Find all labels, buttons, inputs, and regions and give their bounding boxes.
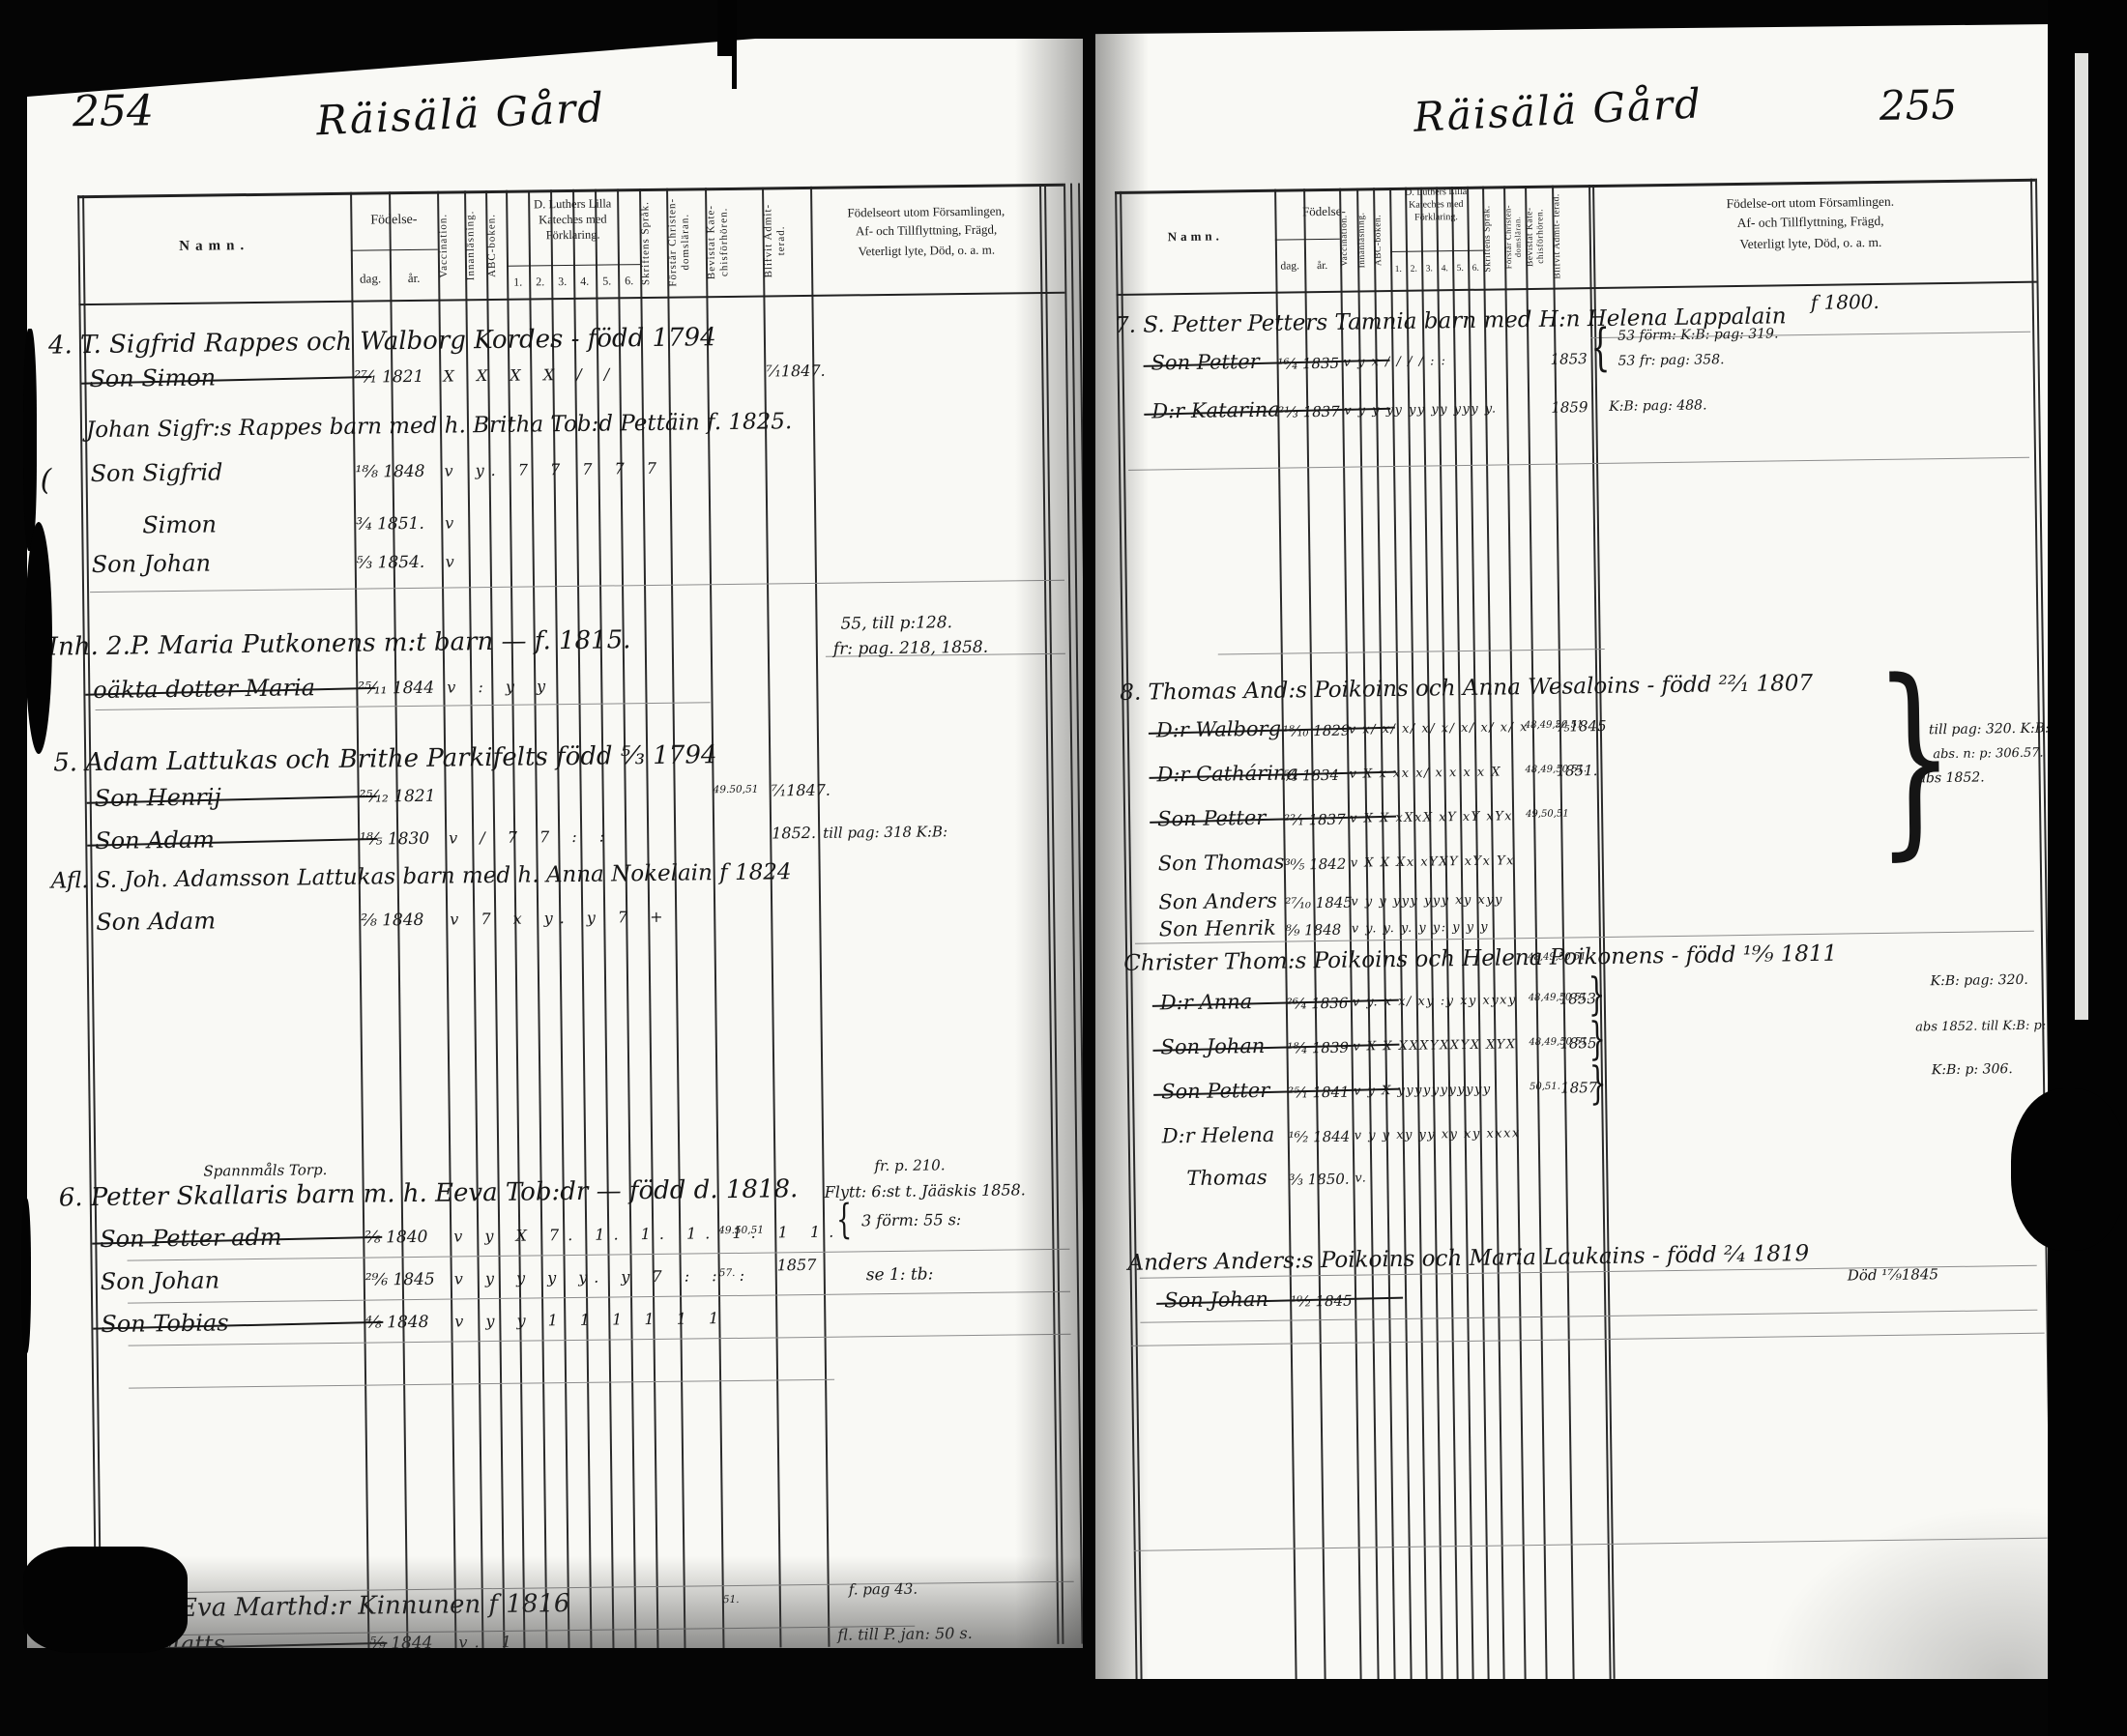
margin-note: abs 1852. xyxy=(1918,770,1985,786)
birth-date: ²⁶⁄₄ 1836 xyxy=(1287,995,1349,1013)
scan-artifact xyxy=(2011,1088,2127,1251)
register-row: oäkta dotter Maria ²⁵⁄₁₁ 1844 v : y y xyxy=(33,664,1083,717)
kateches-col-4: 4. xyxy=(573,275,596,289)
person-name: Son Tobias xyxy=(101,1309,229,1338)
left-page: 254 Räisälä Gård Namn. Födelse- dag. år.… xyxy=(27,39,1083,1648)
person-name: Inh. 2.P. Maria Putkonens m:t barn — f. … xyxy=(48,625,631,661)
person-name: Son Petter xyxy=(1151,350,1260,375)
catechism-marks: X X X X / / xyxy=(443,364,618,385)
margin-note: fl. till P. jan: 50 s. xyxy=(837,1625,973,1643)
page-number-right: 255 xyxy=(1879,81,1958,130)
birth-date: ¹⁸⁄₅ 1830 xyxy=(360,829,429,850)
birth-date: ²⁷⁄₁ 1821 xyxy=(354,367,423,388)
margin-note: f. pag 43. xyxy=(849,1581,918,1598)
column-header-ar: år. xyxy=(390,271,438,287)
catechism-marks: v y y y y. y 7 : : : xyxy=(454,1266,754,1288)
margin-note: Flytt: 6:st t. Jääskis 1858. xyxy=(825,1181,1026,1201)
person-name: Son Adam xyxy=(96,908,216,937)
birth-date: ²²⁄₁ 1837 xyxy=(1284,811,1346,829)
column-header-kateches-line3: Förklaring. xyxy=(507,227,640,244)
margin-note: 53 fr: pag: 358. xyxy=(1617,353,1724,369)
row-rule xyxy=(351,249,438,251)
person-name: 4. T. Sigfrid Rappes och Walborg Kordes … xyxy=(48,323,716,360)
scan-artifact xyxy=(23,1547,188,1653)
birth-date: ²⁵⁄₁ 1841 xyxy=(1288,1084,1350,1102)
grouping-brace: } xyxy=(1588,1018,1606,1059)
margin-note: abs. n: p: 306.57. xyxy=(1933,747,2044,763)
person-name: Son Petter adm xyxy=(100,1224,282,1253)
person-name: Son Adam xyxy=(95,826,215,855)
birth-date: ¹⁶⁄₄ 1835 xyxy=(1277,355,1339,373)
row-rule xyxy=(1131,1333,2045,1346)
person-name: Son Thomas xyxy=(1158,851,1285,876)
margin-note: 3 förm: 55 s: xyxy=(861,1211,961,1230)
person-name: Son Anders xyxy=(1158,889,1277,914)
catechism-marks: v / 7 7 : : xyxy=(449,826,613,847)
attended-years: 49.50,51 xyxy=(714,784,770,796)
column-header-kateches-line1: D. Luthers Lilla xyxy=(1389,187,1482,199)
scan-right-band xyxy=(2048,0,2127,1736)
birth-date: ⁵⁄₉ 1844 xyxy=(369,1634,432,1648)
catechism-marks: v y X 7. 1. 1. 1. 1. 1 1. xyxy=(453,1223,842,1246)
column-header-innanlasning: Innanläsning. xyxy=(1356,191,1374,288)
croft-name: Spannmåls Torp. xyxy=(203,1161,327,1180)
birth-date: ²⁷⁄₁₀ 1845 xyxy=(1285,894,1353,912)
person-name: Son Henrik xyxy=(1159,916,1276,941)
margin-note: K:B: pag: 488. xyxy=(1609,397,1706,414)
person-name: oäkta dotter Maria xyxy=(93,674,315,704)
register-row: D:r Katarina ²¹⁄₃ 1837 v y y yy yy yy yy… xyxy=(1098,387,2053,441)
margin-note: fr. p. 210. xyxy=(874,1157,945,1173)
kateches-col-1: 1. xyxy=(1390,265,1406,275)
person-name: Son Petter xyxy=(1157,806,1267,831)
person-name: Thomas xyxy=(1186,1166,1267,1190)
person-name: Son Johan xyxy=(1164,1288,1268,1313)
grouping-brace: { xyxy=(836,1201,853,1238)
birth-date: ⁸⁄₉ 1848 xyxy=(1286,921,1342,940)
catechism-marks: v xyxy=(446,552,463,570)
margin-note: 53 förm: K:B: pag: 319. xyxy=(1617,327,1778,344)
column-header-admitterad: Blifvit Admit- terad. xyxy=(762,192,811,290)
margin-note: fr: pag. 218, 1858. xyxy=(833,639,988,659)
birth-date: ³⁰⁄₅ 1842 xyxy=(1285,855,1347,874)
birth-date: ¹⁸⁄₄ 1839 xyxy=(1287,1039,1349,1057)
column-header-notes-line2: Af- och Tillflyttning, Frägd, xyxy=(812,221,1039,240)
column-header-vaccination: Vaccination. xyxy=(437,196,465,295)
column-header-dag: dag. xyxy=(351,271,390,286)
row-rule xyxy=(1128,457,2029,471)
admitted-year: ²⁄₅1845 xyxy=(1556,717,1607,736)
page-title-left: Räisälä Gård xyxy=(315,83,606,144)
catechism-marks: v X x xx x/ x x x x X xyxy=(1349,765,1501,781)
admitted-year: ⁷⁄₁1847. xyxy=(766,362,826,381)
person-name: D:r Katarina xyxy=(1151,398,1280,423)
attended-years: 57. xyxy=(719,1267,775,1279)
birth-date: ³⁄₃ 1850. xyxy=(1289,1171,1349,1189)
scan-artifact xyxy=(25,522,52,754)
catechism-marks: v y y yyy yyy xy xyy xyxy=(1351,892,1503,909)
column-header-kateches-line1: D. Luthers Lilla xyxy=(506,196,639,213)
person-name: Son Johan xyxy=(1160,1034,1265,1059)
birth-date: ¹⁸⁄₁₀ 1829 xyxy=(1283,722,1351,740)
column-header-kateches-line2: Kateches med xyxy=(506,212,639,228)
right-page: 255 Räisälä Gård Namn. Födelse- dag. år.… xyxy=(1095,24,2053,1679)
row-rule xyxy=(78,292,1064,305)
admitted-year: 1852. xyxy=(772,824,816,843)
kateches-col-5: 5. xyxy=(1452,264,1468,274)
column-header-skriftens-sprak: Skriftens Språk. xyxy=(1482,189,1504,286)
birth-date: ²⁵⁄₁₁ 1844 xyxy=(358,679,434,699)
page-number-left: 254 xyxy=(73,86,155,136)
column-header-abc-boken: ABC-boken. xyxy=(485,196,507,295)
column-header-notes-line1: Födelseort utom Församlingen, xyxy=(812,201,1039,223)
margin-note: f 1800. xyxy=(1811,291,1879,313)
birth-date: ²⁵⁄₁₂ 1821 xyxy=(360,787,436,807)
admitted-year: 1853 xyxy=(1550,350,1587,368)
catechism-marks: v X X xXxX xY xY xYx xyxy=(1350,809,1513,825)
catechism-marks: v y. x x/ xy :y xy xyxy xyxy=(1353,993,1517,1009)
person-name: Simon xyxy=(142,510,217,538)
catechism-marks: v y. y. y. y y: y y y xyxy=(1352,920,1489,937)
row-rule xyxy=(1275,239,1340,241)
kateches-col-1: 1. xyxy=(507,275,529,289)
column-header-dag: dag. xyxy=(1275,260,1304,272)
catechism-marks: v xyxy=(445,513,462,532)
attended-years: 49,50,51 xyxy=(1526,809,1588,820)
catechism-marks: v y y yy yy yy yyy y. xyxy=(1344,401,1498,418)
admitted-year: 1851. xyxy=(1556,762,1597,780)
margin-note: K:B: p: 306. xyxy=(1932,1062,2013,1079)
kateches-col-2: 2. xyxy=(529,275,551,289)
margin-note: till pag: 320. K:B: xyxy=(1929,722,2050,738)
catechism-marks: v. xyxy=(1355,1171,1367,1185)
person-name: D:r Walborg xyxy=(1156,717,1282,742)
attended-years: 48,49,50 51. xyxy=(1528,952,1589,963)
column-header-notes-line3: Veterligt lyte, Död, o. a. m. xyxy=(813,242,1040,260)
margin-note: 55, till p:128. xyxy=(840,614,952,633)
catechism-marks: v : y y xyxy=(447,677,554,696)
row-rule xyxy=(1134,1538,2048,1551)
catechism-marks: v y y 1 1 1 1 1 1 xyxy=(454,1309,727,1330)
column-header-fodelse: Födelse- xyxy=(350,213,437,229)
column-header-bevistat: Bevistat Kate- chisförhören. xyxy=(1525,189,1553,284)
margin-mark: ( xyxy=(40,465,51,497)
catechism-marks: v y x / / / / : : xyxy=(1343,354,1446,369)
column-header-notes-line3: Veterligt lyte, Död, o. a. m. xyxy=(1593,233,2028,254)
kateches-col-3: 3. xyxy=(1421,264,1437,274)
person-name: Son Petter xyxy=(1161,1079,1270,1104)
kateches-col-5: 5. xyxy=(596,274,618,288)
column-header-namn: Namn. xyxy=(78,237,351,256)
catechism-marks: v y X yyyyyyyyyyy xyxy=(1354,1083,1492,1099)
column-header-innanlasning: Innanläsning. xyxy=(464,196,486,295)
person-name: Son Henrij xyxy=(95,783,221,812)
birth-date: ⁴⁄₈ 1848 xyxy=(365,1313,428,1333)
person-name: Son Sigfrid xyxy=(90,458,222,487)
margin-note: K:B: pag: 320. xyxy=(1930,973,2027,990)
column-header-kateches-line2: Kateches med xyxy=(1389,199,1482,211)
margin-note: abs 1852. till K:B: p: 306. xyxy=(1915,1019,2053,1035)
birth-date: ²¹⁄₃ 1837 xyxy=(1278,403,1340,421)
person-name: Son Simon xyxy=(89,363,216,392)
column-header-admitterad: Blifvit Admit- terad. xyxy=(1552,188,1589,284)
birth-date: ²⁹⁄₆ 1845 xyxy=(365,1270,435,1290)
catechism-marks: v. 1 xyxy=(458,1633,520,1648)
grouping-brace: } xyxy=(1588,973,1605,1015)
row-rule xyxy=(129,1379,834,1389)
person-name: 5. Adam Lattukas och Brithe Parkifelts f… xyxy=(53,740,717,777)
scan-artifact xyxy=(732,0,737,89)
column-header-forstar: Förstår Christen- domsläran. xyxy=(666,193,706,290)
table-grid-right xyxy=(1095,24,2051,37)
catechism-marks: v X X XXXYXXYX XYX xyxy=(1353,1037,1516,1054)
grouping-brace: } xyxy=(1589,1062,1607,1104)
person-name: Johan Sigfr:s Rappes barn med h. Britha … xyxy=(86,409,792,443)
catechism-marks: v y. 7 7 7 7 7 xyxy=(444,459,665,480)
row-rule xyxy=(77,184,1063,198)
scan-artifact xyxy=(23,329,37,551)
page-title-right: Räisälä Gård xyxy=(1413,79,1704,141)
birth-date: ¹⁶⁄₂ 1844 xyxy=(1289,1128,1351,1146)
birth-date: ¹⁰⁄₂ 1845 xyxy=(1291,1292,1353,1311)
scan-artifact xyxy=(21,1199,31,1353)
column-header-ar: år. xyxy=(1304,260,1340,273)
margin-note: till pag: 318 K:B: xyxy=(823,823,947,842)
catechism-marks: v x/ x/ x/ x/ x/ x/ x/ x/ x xyxy=(1349,720,1529,738)
person-name: Anders Anders:s Poikoins och Maria Lauka… xyxy=(1127,1241,1809,1276)
person-name: Son Johan xyxy=(101,1266,220,1295)
birth-date: ³⁄₄ 1851. xyxy=(356,514,424,535)
column-header-namn: Namn. xyxy=(1116,228,1275,246)
admitted-year: 1859 xyxy=(1551,398,1588,417)
kateches-col-6: 6. xyxy=(1468,264,1483,274)
birth-date: ⁵⁄₃ 1854. xyxy=(357,553,425,573)
person-name: D:r Anna xyxy=(1160,990,1253,1014)
attended-years: 49.50,51 xyxy=(718,1225,774,1236)
attended-years: 51. xyxy=(723,1594,779,1606)
grouping-brace: { xyxy=(1590,326,1611,372)
kateches-col-3: 3. xyxy=(551,275,573,289)
birth-date: ²⁄₈ 1848 xyxy=(361,911,423,931)
column-header-bevistat: Bevistat Kate- chisförhören. xyxy=(705,193,763,291)
person-name: D:r Helena xyxy=(1162,1123,1275,1148)
margin-note: se 1: tb: xyxy=(866,1265,934,1285)
catechism-marks: v 7 x y. y 7 + xyxy=(450,908,672,929)
kateches-col-4: 4. xyxy=(1437,264,1452,274)
kateches-col-2: 2. xyxy=(1406,265,1421,275)
person-name: 8. Thomas And:s Poikoins och Anna Wesalo… xyxy=(1120,671,1813,706)
register-book-scan: 254 Räisälä Gård Namn. Födelse- dag. år.… xyxy=(0,0,2127,1736)
column-header-skriftens-sprak: Skriftens Språk. xyxy=(639,194,667,293)
column-header-abc-boken: ABC-boken. xyxy=(1373,191,1390,288)
column-header-forstar: Förstår Christen- domsläran. xyxy=(1503,189,1526,284)
kateches-col-6: 6. xyxy=(618,274,640,288)
birth-date: ⁵⁄₃ 1834 xyxy=(1283,767,1339,785)
person-name: D:r Cathárina xyxy=(1156,761,1298,786)
birth-date: ²⁄₈ 1840 xyxy=(364,1228,427,1248)
catechism-marks: v X X Xx xYXY xYx Yx xyxy=(1351,854,1515,870)
birth-date: ¹⁸⁄₈ 1848 xyxy=(355,462,424,482)
column-header-kateches-line3: Förklaring. xyxy=(1389,212,1482,223)
table-grid-left xyxy=(27,39,1081,51)
person-name: Son Johan xyxy=(92,550,212,579)
column-header-vaccination: Vaccination. xyxy=(1339,191,1357,288)
death-note: Död ¹⁷⁄₉1845 xyxy=(1848,1266,1938,1284)
catechism-marks: v y y xy yy xy xy xxxx xyxy=(1355,1126,1521,1143)
admitted-year: ⁷⁄₁1847. xyxy=(772,781,831,800)
